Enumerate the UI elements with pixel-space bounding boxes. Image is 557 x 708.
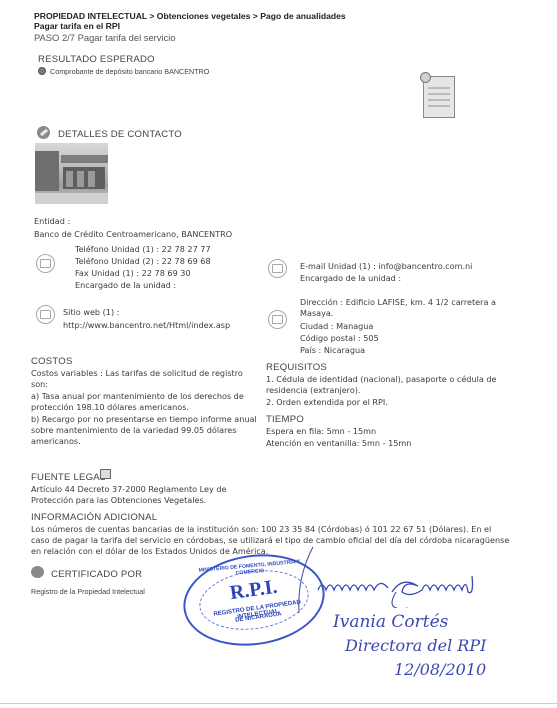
bank-photo — [35, 143, 108, 204]
section-title-tiempo: TIEMPO — [266, 414, 304, 425]
encargado-tel: Encargado de la unidad : — [75, 280, 176, 291]
address-icon — [268, 310, 287, 329]
codigo-postal: Código postal : 505 — [300, 333, 379, 344]
telefono-1: Teléfono Unidad (1) : 22 78 27 77 — [75, 244, 211, 255]
section-title-fuente-legal: FUENTE LEGAL — [31, 472, 105, 483]
tiempo-atencion: Atención en ventanilla: 5mn - 15mn — [266, 438, 411, 449]
section-title-resultado: RESULTADO ESPERADO — [38, 54, 155, 65]
info-adicional-text: Los números de cuentas bancarias de la i… — [31, 524, 511, 558]
certificado-text: Registro de la Propiedad Intelectual — [31, 587, 145, 596]
pais: País : Nicaragua — [300, 345, 365, 356]
bottom-divider — [0, 703, 557, 704]
direccion: Dirección : Edificio LAFISE, km. 4 1/2 c… — [300, 297, 500, 319]
breadcrumb: PROPIEDAD INTELECTUAL > Obtenciones vege… — [34, 11, 346, 21]
fuente-legal-text: Artículo 44 Decreto 37-2000 Reglamento L… — [31, 484, 243, 506]
costos-a: a) Tasa anual por mantenimiento de los d… — [31, 391, 253, 413]
certificate-icon — [31, 566, 44, 578]
website-icon — [36, 305, 55, 324]
email-icon — [268, 259, 287, 278]
signature-stroke — [285, 545, 325, 615]
sitio-url-link[interactable]: http://www.bancentro.net/Html/index.asp — [63, 320, 230, 331]
section-title-contacto: DETALLES DE CONTACTO — [58, 129, 182, 140]
signer-name: Ivania Cortés — [333, 612, 448, 632]
entidad-value: Banco de Crédito Centroamericano, BANCEN… — [34, 229, 232, 240]
phone-icon — [36, 254, 55, 273]
handwritten-signature — [300, 568, 530, 608]
signature-date: 12/08/2010 — [394, 660, 486, 679]
tiempo-espera: Espera en fila: 5mn - 15mn — [266, 426, 376, 437]
email-link[interactable]: E-mail Unidad (1) : info@bancentro.com.n… — [300, 261, 472, 272]
section-title-info-adicional: INFORMACIÓN ADICIONAL — [31, 512, 157, 523]
costos-b: b) Recargo por no presentarse en tiempo … — [31, 414, 259, 448]
pencil-icon — [37, 126, 50, 139]
edit-note-icon[interactable] — [100, 469, 111, 479]
entidad-label: Entidad : — [34, 216, 70, 227]
page-subtitle: Pagar tarifa en el RPI — [34, 21, 120, 31]
sitio-label: Sitio web (1) : — [63, 307, 119, 318]
costos-intro: Costos variables : Las tarifas de solici… — [31, 368, 253, 390]
info-badge-icon — [420, 72, 431, 83]
ciudad: Ciudad : Managua — [300, 321, 373, 332]
resultado-item: Comprobante de depósito bancario BANCENT… — [50, 67, 209, 76]
section-title-certificado: CERTIFICADO POR — [51, 569, 142, 580]
step-indicator: PASO 2/7 Pagar tarifa del servicio — [34, 32, 176, 43]
info-bullet-icon — [38, 67, 46, 75]
section-title-requisitos: REQUISITOS — [266, 362, 327, 373]
requisito-2: 2. Orden extendida por el RPI. — [266, 397, 388, 408]
telefono-2: Teléfono Unidad (2) : 22 78 69 68 — [75, 256, 211, 267]
encargado-email: Encargado de la unidad : — [300, 273, 401, 284]
fax: Fax Unidad (1) : 22 78 69 30 — [75, 268, 191, 279]
section-title-costos: COSTOS — [31, 356, 73, 367]
signer-role: Directora del RPI — [345, 636, 486, 655]
requisito-1: 1. Cédula de identidad (nacional), pasap… — [266, 374, 502, 396]
